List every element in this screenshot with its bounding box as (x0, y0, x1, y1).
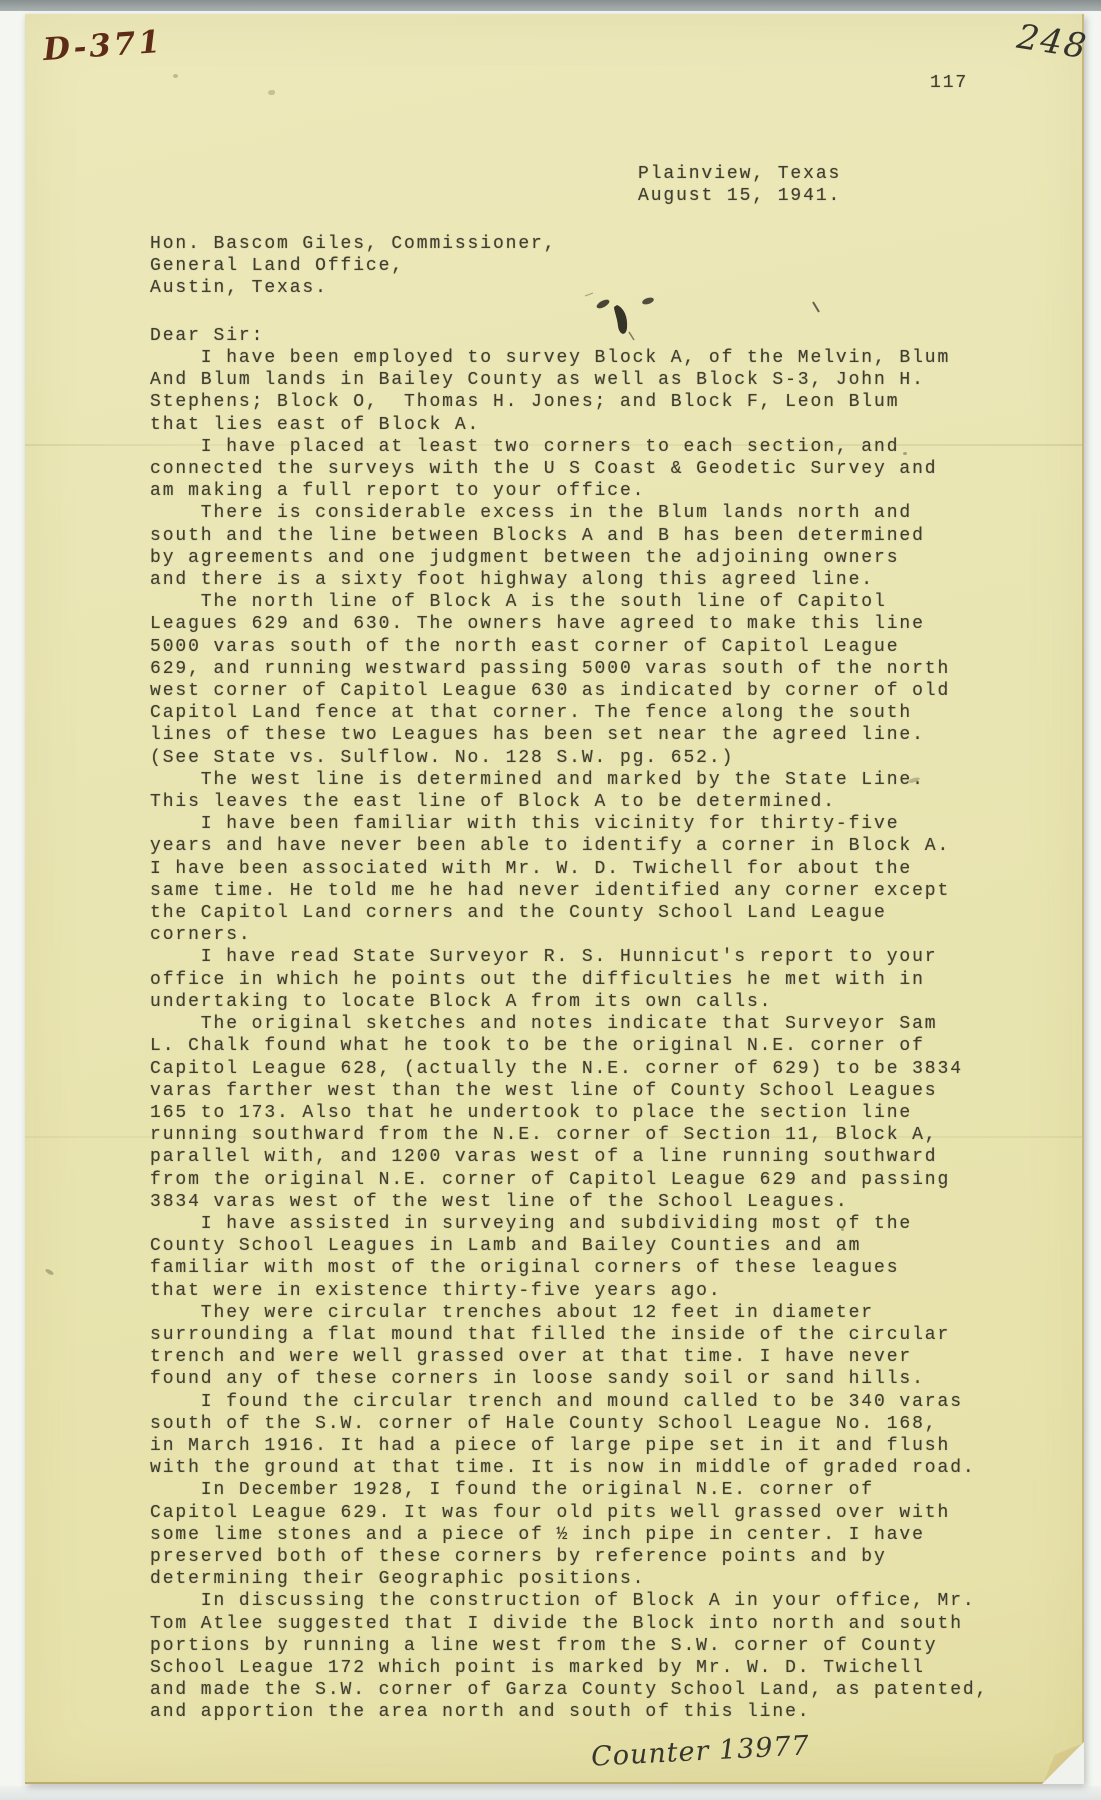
text-line: south of the S.W. corner of Hale County … (150, 1413, 988, 1435)
text-line: (See State vs. Sulflow. No. 128 S.W. pg.… (150, 747, 988, 769)
text-line: lines of these two Leagues has been set … (150, 724, 988, 746)
text-line: with the ground at that time. It is now … (150, 1457, 988, 1479)
paper-speck (268, 90, 275, 95)
text-line: I have read State Surveyor R. S. Hunnicu… (150, 946, 988, 968)
typed-page-number: 117 (930, 72, 968, 94)
text-line: corners. (150, 924, 988, 946)
text-line: that lies east of Block A. (150, 414, 988, 436)
text-line: familiar with most of the original corne… (150, 1257, 988, 1279)
text-line: undertaking to locate Block A from its o… (150, 991, 988, 1013)
text-line: same time. He told me he had never ident… (150, 880, 988, 902)
text-line: some lime stones and a piece of ½ inch p… (150, 1524, 988, 1546)
text-line: Stephens; Block O, Thomas H. Jones; and … (150, 391, 988, 413)
recipient-address: Hon. Bascom Giles, Commissioner,General … (150, 233, 556, 300)
paper-speck (173, 74, 178, 78)
text-line: and made the S.W. corner of Garza County… (150, 1679, 988, 1701)
ink-smudge (565, 284, 865, 354)
text-line: south and the line between Blocks A and … (150, 525, 988, 547)
text-line: and apportion the area north and south o… (150, 1701, 988, 1723)
salutation: Dear Sir: (150, 325, 264, 347)
letter-body: I have been employed to survey Block A, … (150, 347, 988, 1724)
text-line: varas farther west than the west line of… (150, 1080, 988, 1102)
text-line: by agreements and one judgment between t… (150, 547, 988, 569)
text-line: parallel with, and 1200 varas west of a … (150, 1146, 988, 1168)
text-line: that were in existence thirty-five years… (150, 1280, 988, 1302)
text-line: am making a full report to your office. (150, 480, 988, 502)
text-line: Capitol League 628, (actually the N.E. c… (150, 1058, 988, 1080)
text-line: in March 1916. It had a piece of large p… (150, 1435, 988, 1457)
text-line: surrounding a flat mound that filled the… (150, 1324, 988, 1346)
text-line: Capitol Land fence at that corner. The f… (150, 702, 988, 724)
text-line: determining their Geographic positions. (150, 1568, 988, 1590)
text-line: running southward from the N.E. corner o… (150, 1124, 988, 1146)
text-line: Austin, Texas. (150, 277, 556, 299)
text-line: 3834 varas west of the west line of the … (150, 1191, 988, 1213)
text-line: office in which he points out the diffic… (150, 969, 988, 991)
text-line: trench and were well grassed over at tha… (150, 1346, 988, 1368)
text-line: General Land Office, (150, 255, 556, 277)
text-line: west corner of Capitol League 630 as ind… (150, 680, 988, 702)
letter-place: Plainview, Texas (638, 163, 841, 185)
text-line: County School Leagues in Lamb and Bailey… (150, 1235, 988, 1257)
text-line: I have placed at least two corners to ea… (150, 436, 988, 458)
scanner-edge-strip (0, 0, 1101, 11)
text-line: They were circular trenches about 12 fee… (150, 1302, 988, 1324)
text-line: preserved both of these corners by refer… (150, 1546, 988, 1568)
text-line: The north line of Block A is the south l… (150, 591, 988, 613)
text-line: Leagues 629 and 630. The owners have agr… (150, 613, 988, 635)
counter-annotation: Counter 13977 (590, 1730, 810, 1772)
text-line: The west line is determined and marked b… (150, 769, 988, 791)
file-number-annotation: D-371 (42, 24, 164, 68)
paper-speck (45, 1268, 55, 1276)
text-line: Tom Atlee suggested that I divide the Bl… (150, 1613, 988, 1635)
text-line: 629, and running westward passing 5000 v… (150, 658, 988, 680)
text-line: from the original N.E. corner of Capitol… (150, 1169, 988, 1191)
text-line: School League 172 which point is marked … (150, 1657, 988, 1679)
text-line: 165 to 173. Also that he undertook to pl… (150, 1102, 988, 1124)
text-line: connected the surveys with the U S Coast… (150, 458, 988, 480)
paper-speck (903, 452, 907, 455)
text-line: I have been familiar with this vicinity … (150, 813, 988, 835)
letter-date: August 15, 1941. (638, 185, 841, 207)
text-line: found any of these corners in loose sand… (150, 1368, 988, 1390)
text-line: There is considerable excess in the Blum… (150, 502, 988, 524)
text-line: And Blum lands in Bailey County as well … (150, 369, 988, 391)
text-line: In discussing the construction of Block … (150, 1590, 988, 1612)
text-line: 5000 varas south of the north east corne… (150, 636, 988, 658)
text-line: I have been employed to survey Block A, … (150, 347, 988, 369)
text-line: This leaves the east line of Block A to … (150, 791, 988, 813)
text-line: years and have never been able to identi… (150, 835, 988, 857)
text-line: I have assisted in surveying and subdivi… (150, 1213, 988, 1235)
text-line: In December 1928, I found the original N… (150, 1479, 988, 1501)
text-line: I found the circular trench and mound ca… (150, 1391, 988, 1413)
text-line: The original sketches and notes indicate… (150, 1013, 988, 1035)
text-line: L. Chalk found what he took to be the or… (150, 1035, 988, 1057)
scanner-edge-strip-bottom (0, 1786, 1101, 1800)
paper-speck (841, 1228, 844, 1231)
text-line: I have been associated with Mr. W. D. Tw… (150, 858, 988, 880)
text-line: Hon. Bascom Giles, Commissioner, (150, 233, 556, 255)
text-line: Capitol League 629. It was four old pits… (150, 1502, 988, 1524)
letter-page: D-371 248 117 Plainview, Texas August 15… (25, 14, 1084, 1784)
text-line: portions by running a line west from the… (150, 1635, 988, 1657)
handwritten-page-number: 248 (1014, 17, 1090, 68)
text-line: the Capitol Land corners and the County … (150, 902, 988, 924)
text-line: and there is a sixty foot highway along … (150, 569, 988, 591)
